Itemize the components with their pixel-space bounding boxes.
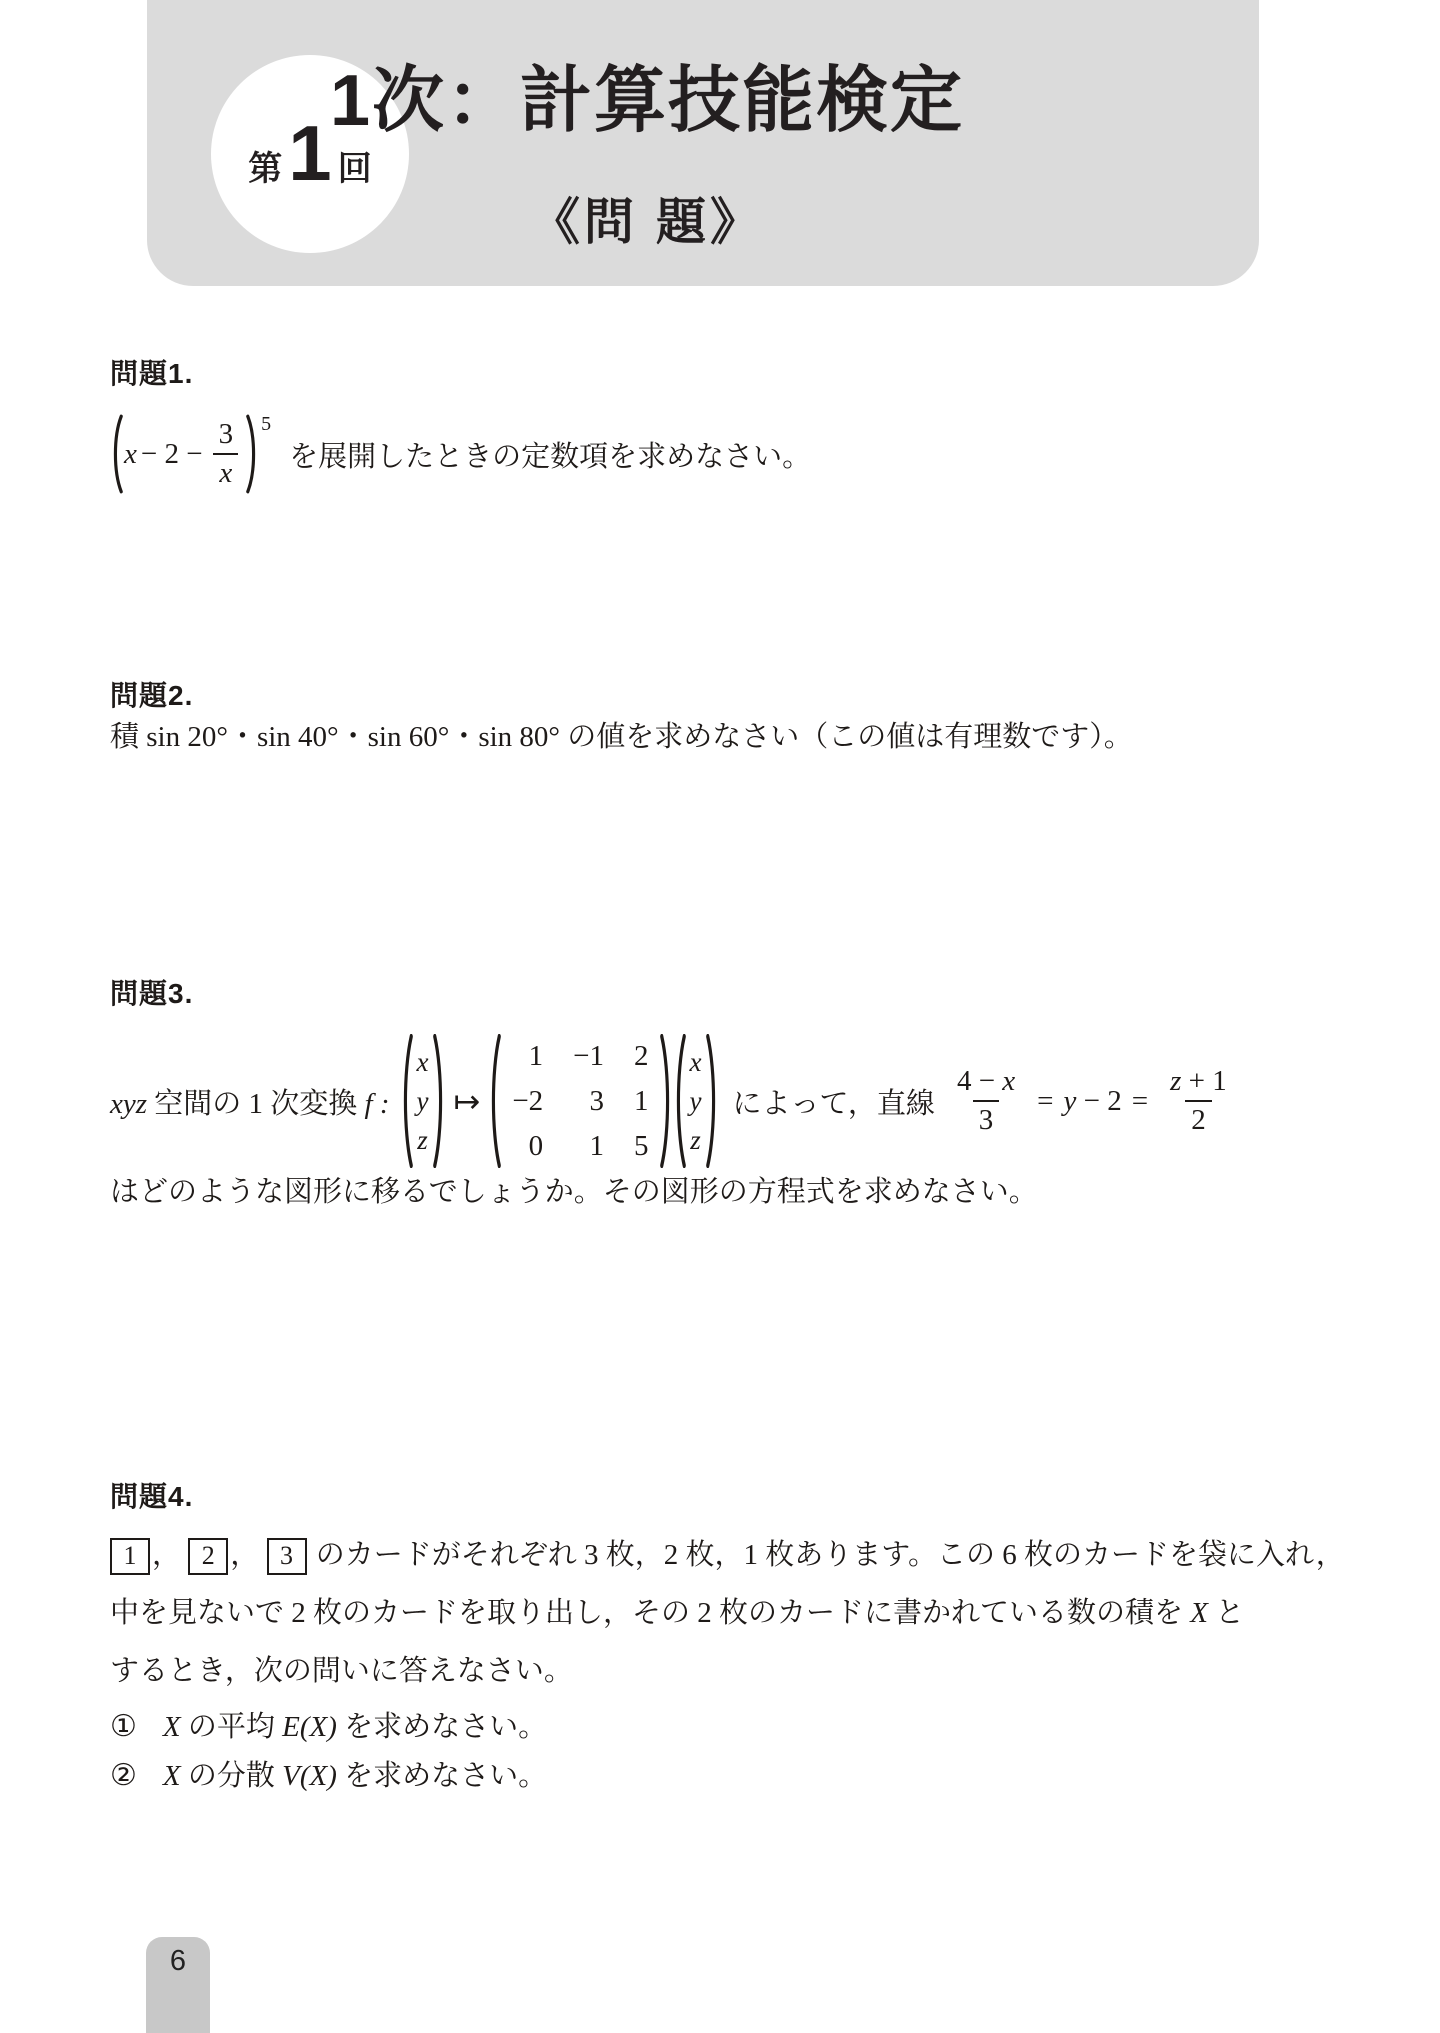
problem3-mid-text: によって，直線 [733, 1081, 935, 1122]
problem4-line2-tail: と [1208, 1597, 1244, 1629]
card-1: 1 [110, 1538, 150, 1575]
fraction-denominator: 3 [973, 1100, 1000, 1137]
fraction-denominator: 2 [1185, 1100, 1212, 1137]
page-number: 6 [146, 1945, 210, 1978]
mapsto-arrow: ↦ [454, 1082, 481, 1120]
paren-left-icon [673, 1034, 687, 1168]
fraction-numerator: z + 1 [1164, 1066, 1233, 1100]
equals-sign: = [1037, 1085, 1053, 1118]
matrix-cell: 1 [573, 1132, 604, 1161]
vector-z: z [417, 1127, 428, 1154]
circled-number-2: ② [110, 1757, 137, 1795]
badge-suffix: 回 [338, 141, 372, 190]
problem3-intro: xyz 空間の 1 次変換 f : [110, 1081, 390, 1122]
math-func-f: f : [365, 1088, 390, 1120]
vector-x: x [690, 1049, 702, 1076]
math-var-X: X [163, 1711, 181, 1743]
matrix-cell: −1 [573, 1042, 604, 1071]
problem4-question2: ②X の分散 V(X) を求めなさい。 [110, 1757, 547, 1795]
math-var-xyz: xyz [110, 1088, 147, 1120]
problem2-prefix: 積 [110, 721, 146, 753]
math-var-X: X [163, 1760, 181, 1792]
paren-left-icon [488, 1034, 502, 1168]
matrix-cell: 0 [512, 1132, 543, 1161]
equals-sign: = [1132, 1085, 1148, 1118]
matrix-cell: 5 [634, 1132, 649, 1161]
column-vector-xyz: x y z [687, 1049, 705, 1154]
problem2-sin-expression: sin 20°・sin 40°・sin 60°・sin 80° [146, 721, 560, 753]
problem4-line1-text: のカードがそれぞれ 3 枚，2 枚，1 枚あります。この 6 枚のカードを袋に入… [309, 1539, 1345, 1571]
separator: ， [152, 1539, 181, 1571]
fraction-numerator: 4 − x [951, 1066, 1021, 1100]
problem4-label: 問題4. [110, 1475, 193, 1515]
exponent: 5 [261, 413, 271, 436]
problem2-label: 問題2. [110, 674, 193, 714]
problem2-suffix: の値を求めなさい（この値は有理数です）。 [560, 721, 1133, 753]
problem4-line2: 中を見ないで 2 枚のカードを取り出し，その 2 枚のカードに書かれている数の積… [110, 1595, 1244, 1631]
math-var-x: x [124, 438, 137, 471]
paren-left-icon [400, 1034, 414, 1168]
separator: ， [230, 1539, 259, 1571]
problem1-expression: x − 2 − 3 x 5 [110, 414, 269, 494]
problem3-intro-text: 空間の 1 次変換 [147, 1088, 365, 1120]
page-number-tab: 6 [146, 1937, 210, 2033]
problem2-text: 積 sin 20°・sin 40°・sin 60°・sin 80° の値を求めな… [110, 719, 1133, 755]
card-2: 2 [188, 1538, 228, 1575]
fraction-4-minus-x-over-3: 4 − x 3 [951, 1066, 1021, 1137]
circled-number-1: ① [110, 1708, 137, 1746]
transformation-matrix: 1 −1 2 −2 3 1 0 1 5 [502, 1042, 658, 1161]
matrix-cell: 1 [512, 1042, 543, 1071]
problem3-text-line2: はどのような図形に移るでしょうか。その図形の方程式を求めなさい。 [110, 1174, 1038, 1210]
matrix-cell: 2 [634, 1042, 649, 1071]
paren-right-icon [659, 1034, 673, 1168]
problem4-line1: 1， 2， 3 のカードがそれぞれ 3 枚，2 枚，1 枚あります。この 6 枚… [110, 1537, 1345, 1575]
y-minus-2: y − 2 [1064, 1085, 1122, 1118]
problem4-question1: ①X の平均 E(X) を求めなさい。 [110, 1708, 547, 1746]
card-3: 3 [267, 1538, 307, 1575]
fraction-z-plus-1-over-2: z + 1 2 [1164, 1066, 1233, 1137]
problem3-label: 問題3. [110, 972, 193, 1012]
problem3-equation-row: xyz 空間の 1 次変換 f : x y z ↦ 1 −1 2 −2 3 1 … [110, 1030, 1239, 1172]
column-vector-xyz: x y z [414, 1049, 432, 1154]
badge-prefix: 第 [248, 141, 282, 190]
matrix-cell: 1 [634, 1087, 649, 1116]
fraction-denominator: x [213, 453, 238, 490]
fraction-3-over-x: 3 x [213, 419, 240, 490]
math-var-X: X [1190, 1597, 1208, 1629]
math-operators: − 2 − [141, 438, 203, 471]
vector-x: x [417, 1049, 429, 1076]
expectation-E-of-X: E(X) [282, 1711, 337, 1743]
vector-y: y [417, 1088, 429, 1115]
vector-y: y [690, 1088, 702, 1115]
vector-z: z [690, 1127, 701, 1154]
problem1-text: を展開したときの定数項を求めなさい。 [289, 434, 811, 475]
variance-V-of-X: V(X) [282, 1760, 337, 1792]
page-title: 1次：計算技能検定 [147, 64, 1147, 140]
paren-right-icon [705, 1034, 719, 1168]
problem1-formula-row: x − 2 − 3 x 5 を展開したときの定数項を求めなさい。 [110, 408, 811, 500]
paren-right-icon [432, 1034, 446, 1168]
paren-left-icon [110, 414, 124, 494]
paren-right-icon [245, 414, 259, 494]
problem1-label: 問題1. [110, 352, 193, 392]
fraction-numerator: 3 [213, 419, 240, 453]
matrix-cell: −2 [512, 1087, 543, 1116]
matrix-cell: 3 [573, 1087, 604, 1116]
page-subtitle: 《問 題》 [147, 196, 1147, 249]
problem4-line2-text: 中を見ないで 2 枚のカードを取り出し，その 2 枚のカードに書かれている数の積… [110, 1597, 1190, 1629]
problem4-line3: するとき，次の問いに答えなさい。 [110, 1653, 573, 1689]
